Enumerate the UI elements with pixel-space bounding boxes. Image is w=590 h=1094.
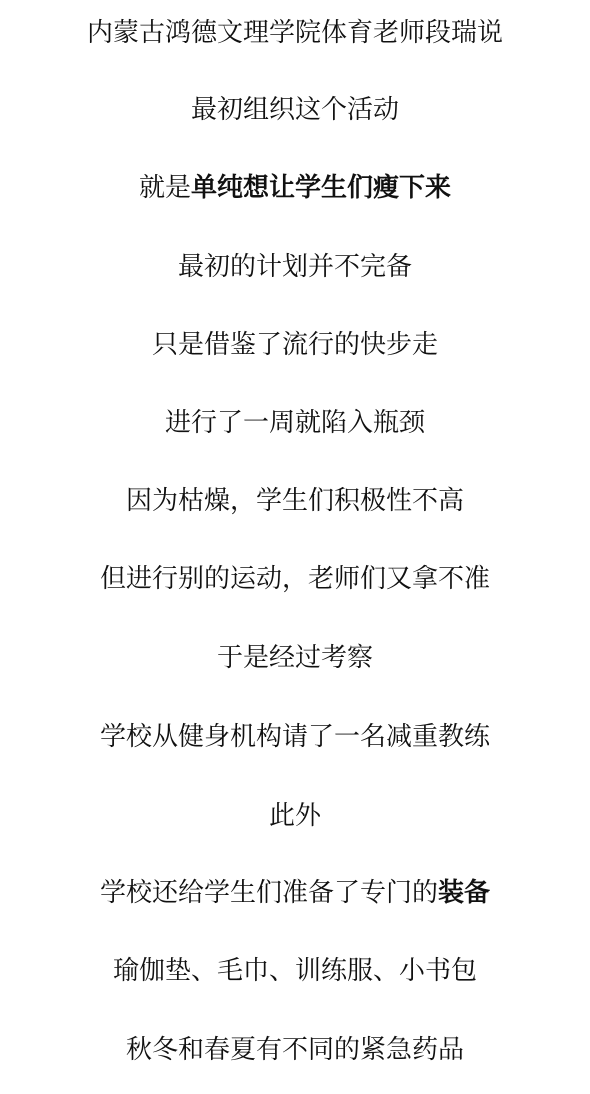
line-text: 于是经过考察 xyxy=(217,643,373,673)
line-text: 进行了一周就陷入瓶颈 xyxy=(165,408,425,438)
line-text: 学校从健身机构请了一名减重教练 xyxy=(100,722,490,752)
text-line: 瑜伽垫、毛巾、训练服、小书包 xyxy=(0,954,590,988)
line-text: 最初组织这个活动 xyxy=(191,95,399,125)
text-line: 就是单纯想让学生们瘦下来 xyxy=(0,171,590,205)
emphasis-text: 单纯想让学生们瘦下来 xyxy=(191,173,451,203)
text-line: 于是经过考察 xyxy=(0,641,590,675)
line-text: 最初的计划并不完备 xyxy=(178,252,412,282)
line-text: 学校还给学生们准备了专门的 xyxy=(100,878,438,908)
text-line: 内蒙古鸿德文理学院体育老师段瑞说 xyxy=(0,16,590,50)
line-text: 秋冬和春夏有不同的紧急药品 xyxy=(126,1035,464,1065)
emphasis-text: 装备 xyxy=(438,878,490,908)
text-line: 此外 xyxy=(0,799,590,833)
text-line: 但进行别的运动，老师们又拿不准 xyxy=(0,562,590,596)
line-text: 就是 xyxy=(139,173,191,203)
line-text: 此外 xyxy=(269,801,321,831)
line-text: 但进行别的运动，老师们又拿不准 xyxy=(100,564,490,594)
line-text: 因为枯燥，学生们积极性不高 xyxy=(126,486,464,516)
text-line: 最初组织这个活动 xyxy=(0,93,590,127)
text-line: 进行了一周就陷入瓶颈 xyxy=(0,406,590,440)
text-line: 学校从健身机构请了一名减重教练 xyxy=(0,720,590,754)
text-line: 因为枯燥，学生们积极性不高 xyxy=(0,484,590,518)
line-text: 瑜伽垫、毛巾、训练服、小书包 xyxy=(113,956,477,986)
text-line: 最初的计划并不完备 xyxy=(0,250,590,284)
line-text: 内蒙古鸿德文理学院体育老师段瑞说 xyxy=(87,18,503,48)
text-line: 只是借鉴了流行的快步走 xyxy=(0,328,590,362)
text-line: 学校还给学生们准备了专门的装备 xyxy=(0,876,590,910)
text-line: 秋冬和春夏有不同的紧急药品 xyxy=(0,1033,590,1067)
line-text: 只是借鉴了流行的快步走 xyxy=(152,330,438,360)
